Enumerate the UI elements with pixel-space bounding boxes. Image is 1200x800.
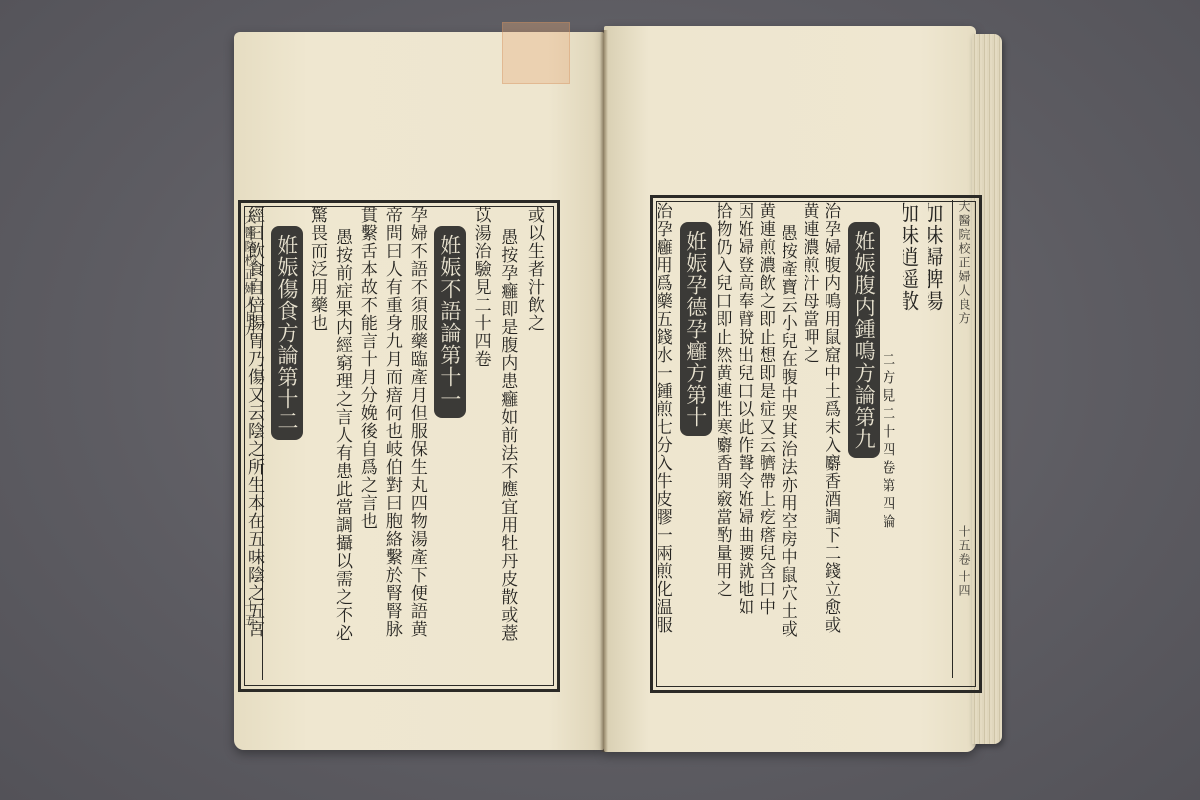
open-book: 大醫院校正婦人良方 十五 大醫院校正婦人良方 十五卷 十四 加味歸脾湯 加味逍遥… — [0, 0, 1200, 800]
left-page-text: 或以生者汁飲之 愚按孕癰即是腹内患癰如前法不應宜用牡丹皮散或薏 苡湯治驗見二十四… — [246, 206, 546, 680]
text-column: 愚按孕癰即是腹内患癰如前法不應宜用牡丹皮散或薏 — [499, 206, 520, 680]
text-column: 貫繫舌本故不能言十月分娩後自爲之言也 — [359, 206, 378, 680]
collector-seal — [502, 22, 570, 84]
section-heading-10: 姙娠孕德孕癰方第十 — [680, 222, 712, 436]
text-column: 愚按產寶云小兒在腹中哭其治法亦用空房中鼠穴土或 — [783, 202, 799, 680]
text-column: 帝問曰人有重身九月而瘖何也岐伯對曰胞絡繫於腎腎脉 — [384, 206, 403, 680]
text-column: 愚按前症果内經窮理之言人有患此當調攝以需之不必 — [334, 206, 353, 680]
text-column: 加味歸脾湯 — [928, 202, 946, 680]
text-column: 或以生者汁飲之 — [525, 206, 546, 680]
text-column: 黄連濃煎汁母當呷之 — [805, 202, 821, 680]
text-column: 黄連煎濃飲之即止想即是症又云臍帶上疙瘩兒含口中 — [761, 202, 777, 680]
right-margin-rule — [952, 200, 953, 678]
text-column: 加味逍遥散 — [903, 202, 921, 680]
right-margin-title: 大醫院校正婦人良方 — [956, 200, 973, 326]
text-column: 孕婦不語不須服藥臨產月但服保生丸四物湯產下便語黄 — [409, 206, 428, 680]
right-page-text: 加味歸脾湯 加味逍遥散 二方見二十四卷第四論 姙娠腹内鍾鳴方論第九 治孕婦腹内鳴… — [658, 202, 946, 680]
section-heading-12: 姙娠傷食方論第十二 — [271, 226, 303, 440]
text-column: 治孕癰用爲藥五錢水一鍾煎七分入牛皮膠一兩煎化温服 — [658, 202, 674, 680]
text-column: 苡湯治驗見二十四卷 — [472, 206, 493, 680]
section-heading-9: 姙娠腹内鍾鳴方論第九 — [848, 222, 880, 458]
right-page-number: 十四 — [956, 570, 973, 598]
section-heading-11: 姙娠不語論第十一 — [434, 226, 466, 418]
gutter — [600, 30, 608, 752]
text-column: 治孕婦腹内鳴用鼠窟中土爲末入麝香酒調下二錢立愈或 — [826, 202, 842, 680]
text-column: 拾物仍入兒口即止然黄連性寒麝香開竅當酌量用之 — [718, 202, 734, 680]
text-column: 經曰飲食自倍腸胃乃傷又云陰之所生本在五味陰之五宮 — [246, 206, 265, 680]
right-margin-volume: 十五卷 — [956, 525, 973, 567]
text-column: 因姙婦登高奉臂脫出兒口以此作聲令姙婦曲腰就地如 — [740, 202, 756, 680]
text-column: 驚畏而泛用藥也 — [309, 206, 328, 680]
annotation-column: 二方見二十四卷第四論 — [884, 202, 897, 680]
